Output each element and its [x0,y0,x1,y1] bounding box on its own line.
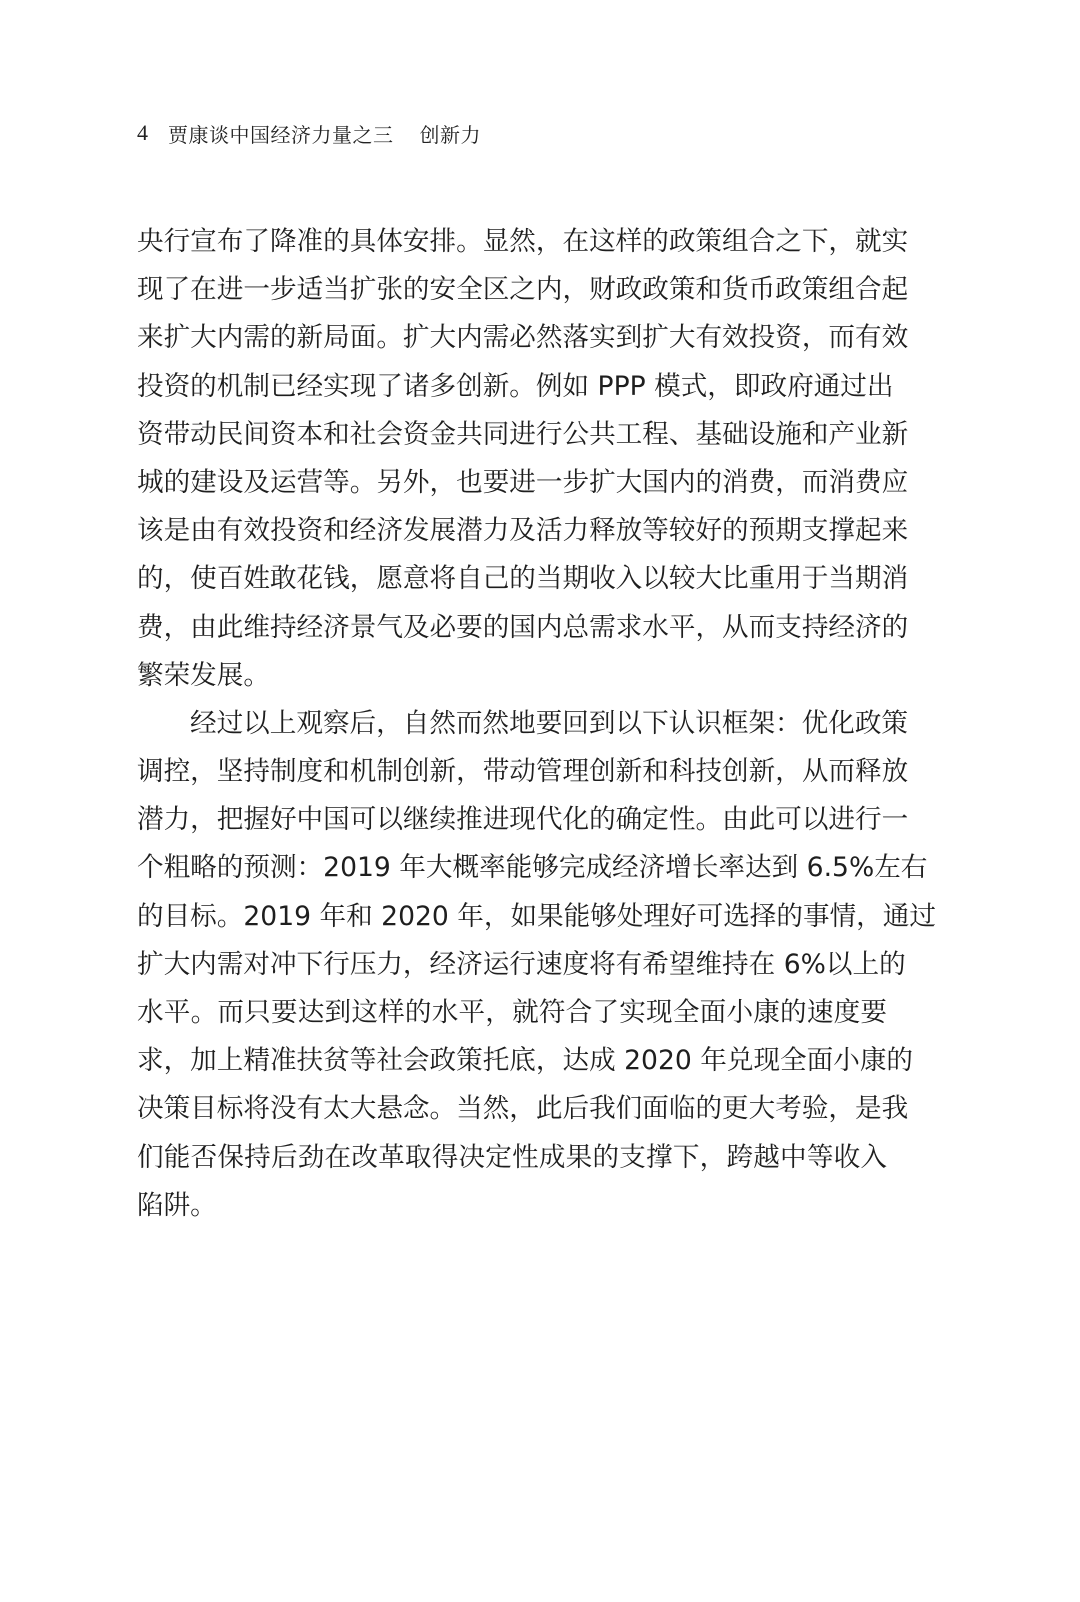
text-line: 水平。而只要达到这样的水平，就符合了实现全面小康的速度要 [137,989,887,1037]
text-line: 陷阱。 [137,1182,887,1230]
text-line: 来扩大内需的新局面。扩大内需必然落实到扩大有效投资，而有效 [137,314,887,362]
text-line: 决策目标将没有太大悬念。当然，此后我们面临的更大考验，是我 [137,1085,887,1133]
text-line: 现了在进一步适当扩张的安全区之内，财政政策和货币政策组合起 [137,266,887,314]
book-title: 贾康谈中国经济力量之三 [168,119,394,148]
text-line: 个粗略的预测：2019 年大概率能够完成经济增长率达到 6.5%左右 [137,844,887,892]
text-line: 求，加上精准扶贫等社会政策托底，达成 2020 年兑现全面小康的 [137,1037,887,1085]
body-text: 央行宣布了降准的具体安排。显然，在这样的政策组合之下，就实 现了在进一步适当扩张… [137,218,887,1230]
page-number: 4 [137,120,148,146]
text-line: 经过以上观察后，自然而然地要回到以下认识框架：优化政策 [137,700,887,748]
page-header: 4 贾康谈中国经济力量之三 创新力 [137,116,481,150]
text-line: 央行宣布了降准的具体安排。显然，在这样的政策组合之下，就实 [137,218,887,266]
paragraph-2: 经过以上观察后，自然而然地要回到以下认识框架：优化政策 调控，坚持制度和机制创新… [137,700,887,1230]
text-line: 们能否保持后劲在改革取得决定性成果的支撑下，跨越中等收入 [137,1134,887,1182]
text-line: 资带动民间资本和社会资金共同进行公共工程、基础设施和产业新 [137,411,887,459]
text-line: 城的建设及运营等。另外，也要进一步扩大国内的消费，而消费应 [137,459,887,507]
text-line: 繁荣发展。 [137,652,887,700]
text-line: 费，由此维持经济景气及必要的国内总需求水平，从而支持经济的 [137,604,887,652]
text-line: 扩大内需对冲下行压力，经济运行速度将有希望维持在 6%以上的 [137,941,887,989]
text-line: 该是由有效投资和经济发展潜力及活力释放等较好的预期支撑起来 [137,507,887,555]
chapter-title: 创新力 [420,119,482,148]
text-line: 调控，坚持制度和机制创新，带动管理创新和科技创新，从而释放 [137,748,887,796]
text-line: 的目标。2019 年和 2020 年，如果能够处理好可选择的事情，通过 [137,893,887,941]
text-line: 潜力，把握好中国可以继续推进现代化的确定性。由此可以进行一 [137,796,887,844]
text-line: 的，使百姓敢花钱，愿意将自己的当期收入以较大比重用于当期消 [137,555,887,603]
paragraph-1: 央行宣布了降准的具体安排。显然，在这样的政策组合之下，就实 现了在进一步适当扩张… [137,218,887,700]
text-line: 投资的机制已经实现了诸多创新。例如 PPP 模式，即政府通过出 [137,363,887,411]
